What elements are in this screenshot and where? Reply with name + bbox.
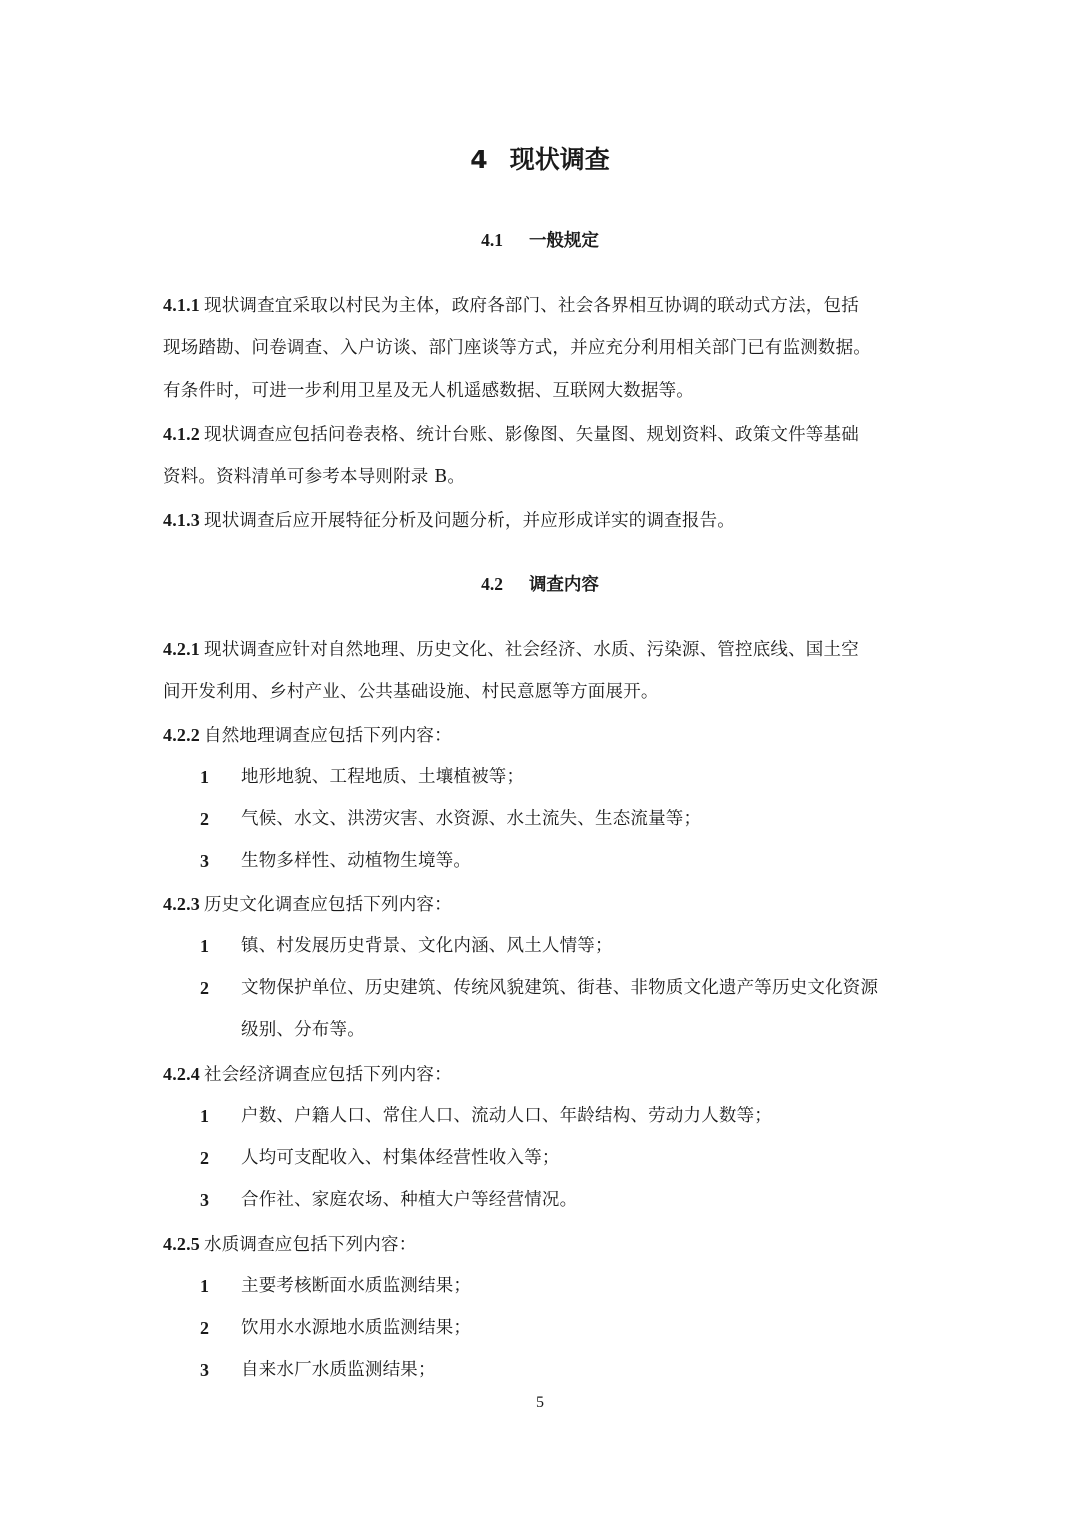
clause-4-1-2-line-2: 资料。资料清单可参考本导则附录 B。 xyxy=(163,466,465,488)
clause-number: 4.2.2 xyxy=(163,725,200,745)
chapter-title: 4现状调查 xyxy=(0,144,1080,176)
section-title-text: 一般规定 xyxy=(529,231,599,251)
list-item-number: 1 xyxy=(200,766,209,788)
clause-number: 4.1.1 xyxy=(163,295,200,315)
list-item-number: 3 xyxy=(200,850,209,872)
clause-text: 自然地理调查应包括下列内容： xyxy=(204,726,452,746)
page-number: 5 xyxy=(0,1393,1080,1413)
document-page: 4现状调查 4.1一般规定 4.1.1现状调查宜采取以村民为主体，政府各部门、社… xyxy=(0,0,1080,1527)
clause-4-2-3-heading: 4.2.3历史文化调查应包括下列内容： xyxy=(163,893,452,916)
list-item-number: 2 xyxy=(200,808,209,830)
chapter-number: 4 xyxy=(470,145,487,174)
list-item-text: 饮用水水源地水质监测结果； xyxy=(241,1317,471,1339)
list-item-text: 文物保护单位、历史建筑、传统风貌建筑、街巷、非物质文化遗产等历史文化资源 xyxy=(241,977,878,999)
clause-4-1-2-line-1: 4.1.2现状调查应包括问卷表格、统计台账、影像图、矢量图、规划资料、政策文件等… xyxy=(163,423,859,446)
list-item-text: 主要考核断面水质监测结果； xyxy=(241,1275,471,1297)
clause-number: 4.1.2 xyxy=(163,424,200,444)
clause-text: 现状调查后应开展特征分析及问题分析，并应形成详实的调查报告。 xyxy=(204,511,735,531)
clause-number: 4.2.3 xyxy=(163,894,200,914)
clause-4-2-4-heading: 4.2.4社会经济调查应包括下列内容： xyxy=(163,1063,452,1086)
list-item-number: 2 xyxy=(200,1147,209,1169)
list-item-text: 地形地貌、工程地质、土壤植被等； xyxy=(241,766,524,788)
clause-text: 历史文化调查应包括下列内容： xyxy=(204,895,452,915)
section-number: 4.1 xyxy=(481,230,503,250)
list-item-number: 2 xyxy=(200,1317,209,1339)
clause-number: 4.2.5 xyxy=(163,1234,200,1254)
list-item-text: 生物多样性、动植物生境等。 xyxy=(241,850,471,872)
list-item-number: 1 xyxy=(200,935,209,957)
clause-number: 4.2.4 xyxy=(163,1064,200,1084)
list-item-number: 2 xyxy=(200,977,209,999)
list-item-text: 人均可支配收入、村集体经营性收入等； xyxy=(241,1147,560,1169)
clause-text: 现状调查应包括问卷表格、统计台账、影像图、矢量图、规划资料、政策文件等基础 xyxy=(204,425,859,445)
list-item-number: 1 xyxy=(200,1105,209,1127)
list-item-text: 气候、水文、洪涝灾害、水资源、水土流失、生态流量等； xyxy=(241,808,701,830)
section-title-text: 调查内容 xyxy=(529,575,599,595)
chapter-title-text: 现状调查 xyxy=(510,145,610,174)
clause-number: 4.1.3 xyxy=(163,510,200,530)
clause-number: 4.2.1 xyxy=(163,639,200,659)
section-title-4-1: 4.1一般规定 xyxy=(0,229,1080,252)
section-title-4-2: 4.2调查内容 xyxy=(0,573,1080,596)
list-item-number: 3 xyxy=(200,1359,209,1381)
list-item-text: 镇、村发展历史背景、文化内涵、风土人情等； xyxy=(241,935,613,957)
clause-4-2-1-line-2: 间开发利用、乡村产业、公共基础设施、村民意愿等方面展开。 xyxy=(163,681,659,703)
clause-text: 现状调查宜采取以村民为主体，政府各部门、社会各界相互协调的联动式方法，包括 xyxy=(204,296,859,316)
clause-text: 现状调查应针对自然地理、历史文化、社会经济、水质、污染源、管控底线、国土空 xyxy=(204,640,859,660)
clause-4-1-1-line-2: 现场踏勘、问卷调查、入户访谈、部门座谈等方式，并应充分利用相关部门已有监测数据。 xyxy=(163,337,871,359)
clause-4-1-1-line-1: 4.1.1现状调查宜采取以村民为主体，政府各部门、社会各界相互协调的联动式方法，… xyxy=(163,294,859,317)
list-item-text: 户数、户籍人口、常住人口、流动人口、年龄结构、劳动力人数等； xyxy=(241,1105,772,1127)
clause-text: 社会经济调查应包括下列内容： xyxy=(204,1065,452,1085)
section-number: 4.2 xyxy=(481,574,503,594)
list-item-number: 1 xyxy=(200,1275,209,1297)
clause-4-1-3-line-1: 4.1.3现状调查后应开展特征分析及问题分析，并应形成详实的调查报告。 xyxy=(163,509,735,532)
list-item-text: 合作社、家庭农场、种植大户等经营情况。 xyxy=(241,1189,577,1211)
clause-4-1-1-line-3: 有条件时，可进一步利用卫星及无人机遥感数据、互联网大数据等。 xyxy=(163,380,694,402)
list-item-number: 3 xyxy=(200,1189,209,1211)
clause-4-2-5-heading: 4.2.5水质调查应包括下列内容： xyxy=(163,1233,416,1256)
clause-4-2-2-heading: 4.2.2自然地理调查应包括下列内容： xyxy=(163,724,452,747)
clause-text: 水质调查应包括下列内容： xyxy=(204,1235,416,1255)
clause-4-2-1-line-1: 4.2.1现状调查应针对自然地理、历史文化、社会经济、水质、污染源、管控底线、国… xyxy=(163,638,859,661)
list-item-text: 自来水厂水质监测结果； xyxy=(241,1359,436,1381)
list-item-text-continued: 级别、分布等。 xyxy=(241,1019,365,1041)
